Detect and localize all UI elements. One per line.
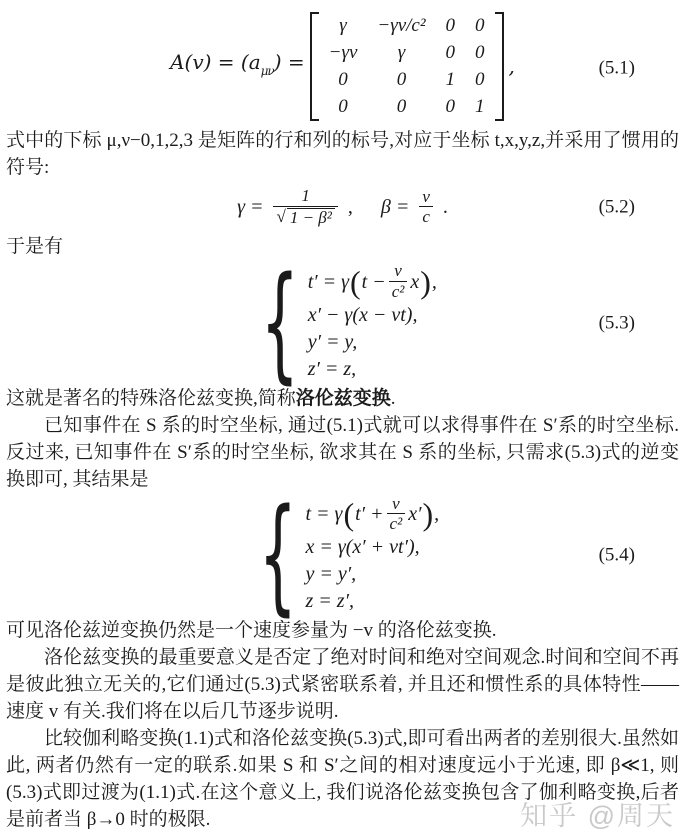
matrix-cell: 0 bbox=[475, 16, 485, 36]
equation-5-4: { t = γ(t′ + vc²x′), x = γ(x′ + vt′), y … bbox=[6, 493, 679, 617]
paragraph-significance: 洛伦兹变换的最重要意义是否定了绝对时间和绝对空间观念.时间和空间不再是彼此独立无… bbox=[6, 644, 679, 725]
matrix-cells: γ −γv/c² 0 0 −γv γ 0 0 0 0 1 0 0 0 0 1 bbox=[319, 12, 495, 121]
matrix-cell: γ bbox=[398, 43, 406, 63]
eq51-lhs: A(v) = (aμν) = bbox=[170, 49, 305, 85]
matrix-cell: 0 bbox=[475, 70, 485, 90]
transformation-matrix: γ −γv/c² 0 0 −γv γ 0 0 0 0 1 0 0 0 0 1 bbox=[310, 12, 504, 121]
equation-number-5-2: (5.2) bbox=[599, 194, 635, 221]
fraction-denominator: c bbox=[419, 206, 433, 227]
paragraph-subscript-note: 式中的下标 μ,ν−0,1,2,3 是矩阵的行和列的标号,对应于坐标 t,x,y… bbox=[6, 127, 679, 181]
equation-5-1-content: A(v) = (aμν) = γ −γv/c² 0 0 −γv γ 0 0 0 … bbox=[170, 12, 515, 121]
period: . bbox=[443, 194, 448, 221]
matrix-cell: −γv bbox=[329, 43, 358, 63]
fraction-denominator: √1 − β² bbox=[273, 206, 337, 228]
equation-system: { t = γ(t′ + vc²x′), x = γ(x′ + vt′), y … bbox=[246, 495, 439, 615]
equation-5-1: A(v) = (aμν) = γ −γv/c² 0 0 −γv γ 0 0 0 … bbox=[6, 8, 679, 127]
fraction-numerator: 1 bbox=[298, 187, 313, 206]
system-rows: t′ = γ(t − vc²x), x′ − γ(x − vt), y′ = y… bbox=[308, 262, 437, 382]
gamma-lhs: γ = bbox=[237, 194, 263, 221]
matrix-cell: 1 bbox=[446, 70, 456, 90]
paragraph-thus: 于是有 bbox=[6, 233, 679, 260]
system-row-x: x′ − γ(x − vt), bbox=[308, 302, 418, 329]
paragraph-named-transform: 这就是著名的特殊洛伦兹变换,简称洛伦兹变换. bbox=[6, 385, 679, 412]
equation-5-2-content: γ = 1 √1 − β² , β = v c . bbox=[237, 187, 448, 227]
matrix-left-bracket bbox=[310, 12, 319, 121]
beta-fraction: v c bbox=[419, 188, 433, 227]
system-row-y: y′ = y, bbox=[308, 329, 358, 356]
equation-number-5-3: (5.3) bbox=[599, 309, 635, 336]
equation-number-5-1: (5.1) bbox=[599, 54, 635, 81]
eq51-comma: , bbox=[509, 53, 515, 80]
matrix-right-bracket bbox=[495, 12, 504, 121]
separator-comma: , bbox=[348, 194, 353, 221]
matrix-cell: 0 bbox=[475, 43, 485, 63]
matrix-cell: γ bbox=[339, 16, 347, 36]
system-row-z: z = z′, bbox=[306, 588, 354, 615]
matrix-cell: 0 bbox=[397, 97, 407, 117]
radical-sign: √ bbox=[276, 208, 286, 227]
matrix-cell: 0 bbox=[446, 43, 456, 63]
matrix-cell: 1 bbox=[475, 97, 485, 117]
matrix-cell: 0 bbox=[446, 97, 456, 117]
matrix-cell: −γv/c² bbox=[377, 16, 425, 36]
system-row-y: y = y′, bbox=[306, 561, 357, 588]
beta-lhs: β = bbox=[381, 194, 409, 221]
watermark: 知乎 @周天 bbox=[520, 803, 675, 830]
matrix-cell: 0 bbox=[338, 97, 348, 117]
equation-5-3: { t′ = γ(t − vc²x), x′ − γ(x − vt), y′ =… bbox=[6, 260, 679, 384]
equation-system: { t′ = γ(t − vc²x), x′ − γ(x − vt), y′ =… bbox=[248, 262, 437, 382]
paragraph-inverse-note: 可见洛伦兹逆变换仍然是一个速度参量为 −v 的洛伦兹变换. bbox=[6, 617, 679, 644]
paragraph-inverse-intro: 已知事件在 S 系的时空坐标, 通过(5.1)式就可以求得事件在 S′系的时空坐… bbox=[6, 412, 679, 493]
system-row-z: z′ = z, bbox=[308, 356, 356, 383]
system-row-t: t′ = γ(t − vc²x), bbox=[308, 262, 437, 301]
system-left-brace: { bbox=[261, 260, 299, 386]
system-row-t: t = γ(t′ + vc²x′), bbox=[306, 495, 440, 534]
matrix-cell: 0 bbox=[397, 70, 407, 90]
radicand: 1 − β² bbox=[287, 208, 335, 228]
equation-5-2: γ = 1 √1 − β² , β = v c . (5.2) bbox=[6, 181, 679, 233]
system-left-brace: { bbox=[259, 492, 297, 618]
fraction-numerator: v bbox=[419, 188, 433, 207]
bold-lorentz-transform: 洛伦兹变换 bbox=[296, 388, 391, 409]
equation-number-5-4: (5.4) bbox=[599, 541, 635, 568]
textbook-page: A(v) = (aμν) = γ −γv/c² 0 0 −γv γ 0 0 0 … bbox=[0, 0, 685, 836]
matrix-cell: 0 bbox=[446, 16, 456, 36]
gamma-fraction: 1 √1 − β² bbox=[273, 187, 337, 227]
system-row-x: x = γ(x′ + vt′), bbox=[306, 534, 420, 561]
matrix-cell: 0 bbox=[338, 70, 348, 90]
system-rows: t = γ(t′ + vc²x′), x = γ(x′ + vt′), y = … bbox=[306, 495, 440, 615]
